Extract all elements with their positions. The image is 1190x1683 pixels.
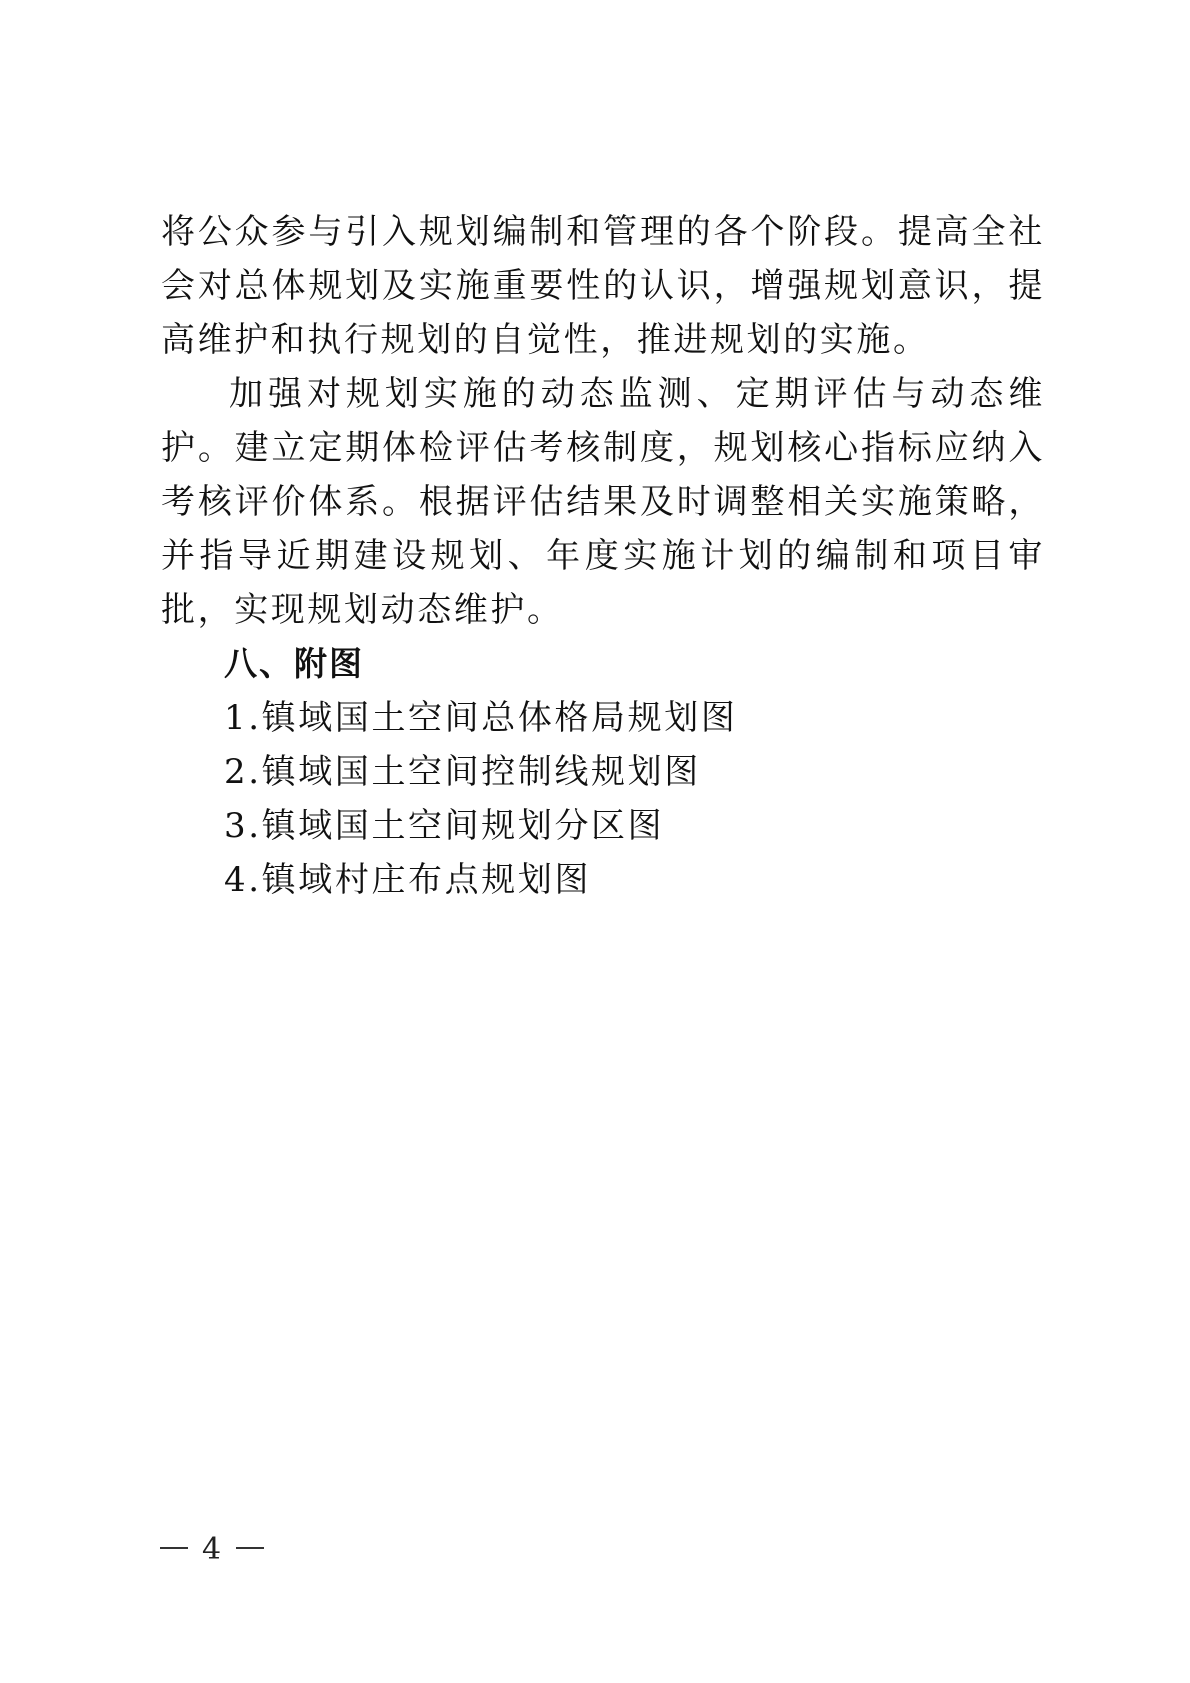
attachment-item: 2.镇域国土空间控制线规划图 xyxy=(224,745,1045,799)
section-heading-attachments: 八、附图 xyxy=(161,637,1045,691)
page-footer: 4 xyxy=(160,1528,278,1572)
attachment-item: 3.镇域国土空间规划分区图 xyxy=(224,799,1045,853)
paragraph-public-participation: 将公众参与引入规划编制和管理的各个阶段。提高全社会对总体规划及实施重要性的认识，… xyxy=(161,205,1045,367)
paragraph-monitoring-evaluation: 加强对规划实施的动态监测、定期评估与动态维护。建立定期体检评估考核制度，规划核心… xyxy=(161,367,1045,637)
document-body: 将公众参与引入规划编制和管理的各个阶段。提高全社会对总体规划及实施重要性的认识，… xyxy=(161,205,1045,907)
attachment-item: 1.镇域国土空间总体格局规划图 xyxy=(224,691,1045,745)
dash-right-decoration xyxy=(236,1547,264,1549)
dash-left-decoration xyxy=(160,1547,188,1549)
attachment-item: 4.镇域村庄布点规划图 xyxy=(224,853,1045,907)
attachment-list: 1.镇域国土空间总体格局规划图 2.镇域国土空间控制线规划图 3.镇域国土空间规… xyxy=(161,691,1045,907)
page-number: 4 xyxy=(202,1532,222,1567)
